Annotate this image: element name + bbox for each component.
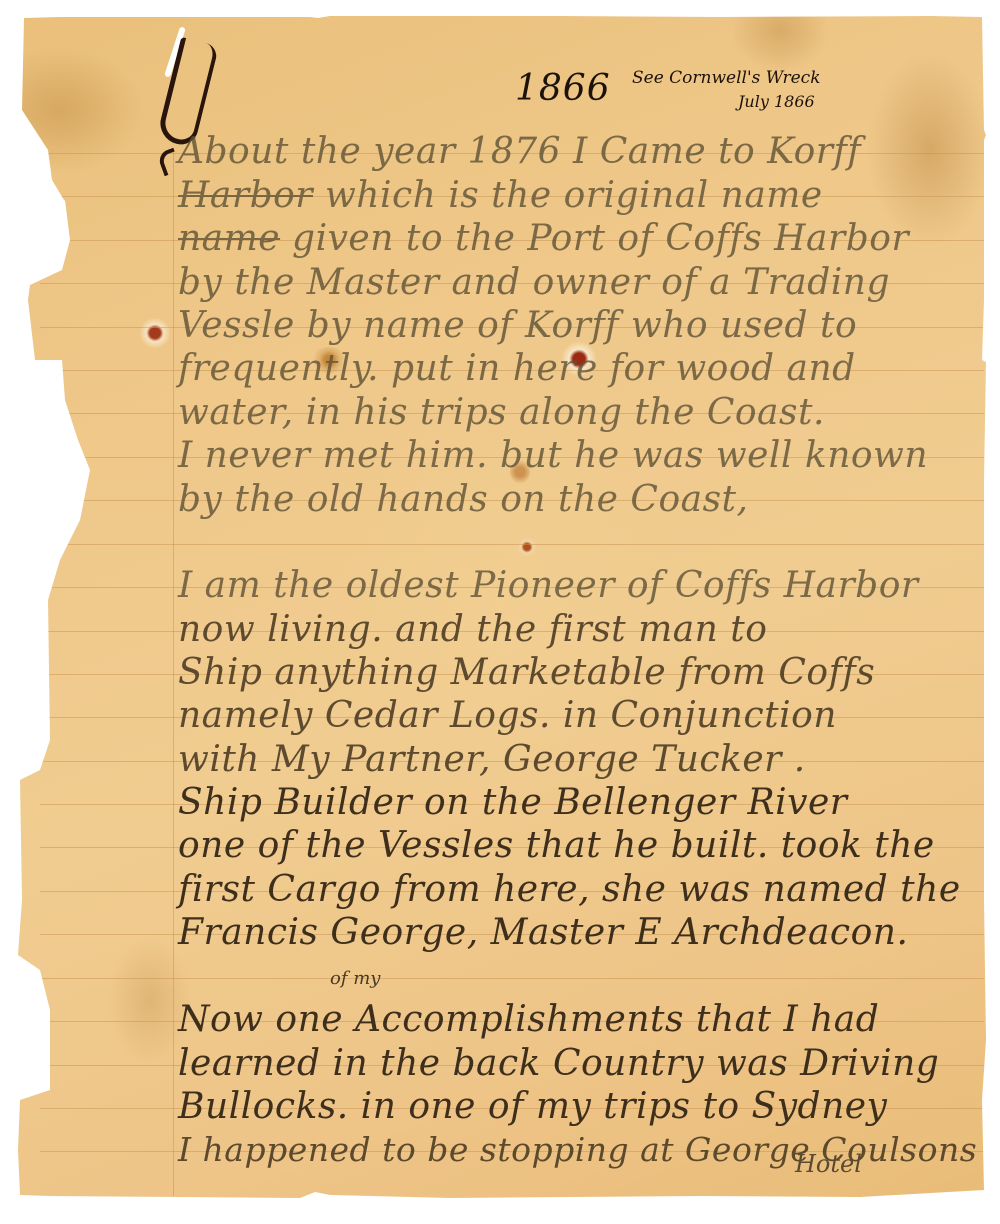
annotation-date: July 1866 <box>738 92 815 111</box>
water-stain <box>140 318 170 348</box>
text-line: Vessle by name of Korff who used to <box>178 304 857 348</box>
text-line: learned in the back Country was Driving <box>178 1042 939 1086</box>
text-line: name given to the Port of Coffs Harbor <box>178 217 909 261</box>
margin-line <box>173 150 174 1196</box>
text-line-hotel: Hotel <box>795 1150 862 1178</box>
text-line: by the old hands on the Coast, <box>178 478 748 522</box>
text-line: Ship anything Marketable from Coffs <box>178 651 875 695</box>
water-stain <box>518 538 536 556</box>
interlinear-insert: of my <box>330 968 380 989</box>
text-line: first Cargo from here, she was named the <box>178 868 961 912</box>
text-line: now living. and the first man to <box>178 608 767 652</box>
text-line: I never met him. but he was well known <box>178 434 928 478</box>
struck-word: Harbor <box>178 175 313 216</box>
text-line: Bullocks. in one of my trips to Sydney <box>178 1085 887 1129</box>
annotation-note: See Cornwell's Wreck <box>632 68 821 88</box>
text-line: Francis George, Master E Archdeacon. <box>178 911 908 955</box>
text-line: water, in his trips along the Coast. <box>178 391 825 435</box>
text-line: with My Partner, George Tucker . <box>178 738 806 782</box>
text-line: I am the oldest Pioneer of Coffs Harbor <box>178 564 919 608</box>
struck-word: name <box>178 218 280 259</box>
annotation-year: 1866 <box>515 68 611 109</box>
text-line: About the year 1876 I Came to Korff <box>178 130 861 174</box>
text-line: Harbor which is the original name <box>178 174 823 218</box>
text-line: Ship Builder on the Bellenger River <box>178 781 847 825</box>
text-line: frequently. put in here for wood and <box>178 347 856 391</box>
text-line: by the Master and owner of a Trading <box>178 261 890 305</box>
text-line: Now one Accomplishments that I had <box>178 998 879 1042</box>
text-line: namely Cedar Logs. in Conjunction <box>178 694 837 738</box>
text-line: one of the Vessles that he built. took t… <box>178 824 935 868</box>
paper-sheet: 1866 See Cornwell's Wreck July 1866 Abou… <box>0 0 1000 1224</box>
